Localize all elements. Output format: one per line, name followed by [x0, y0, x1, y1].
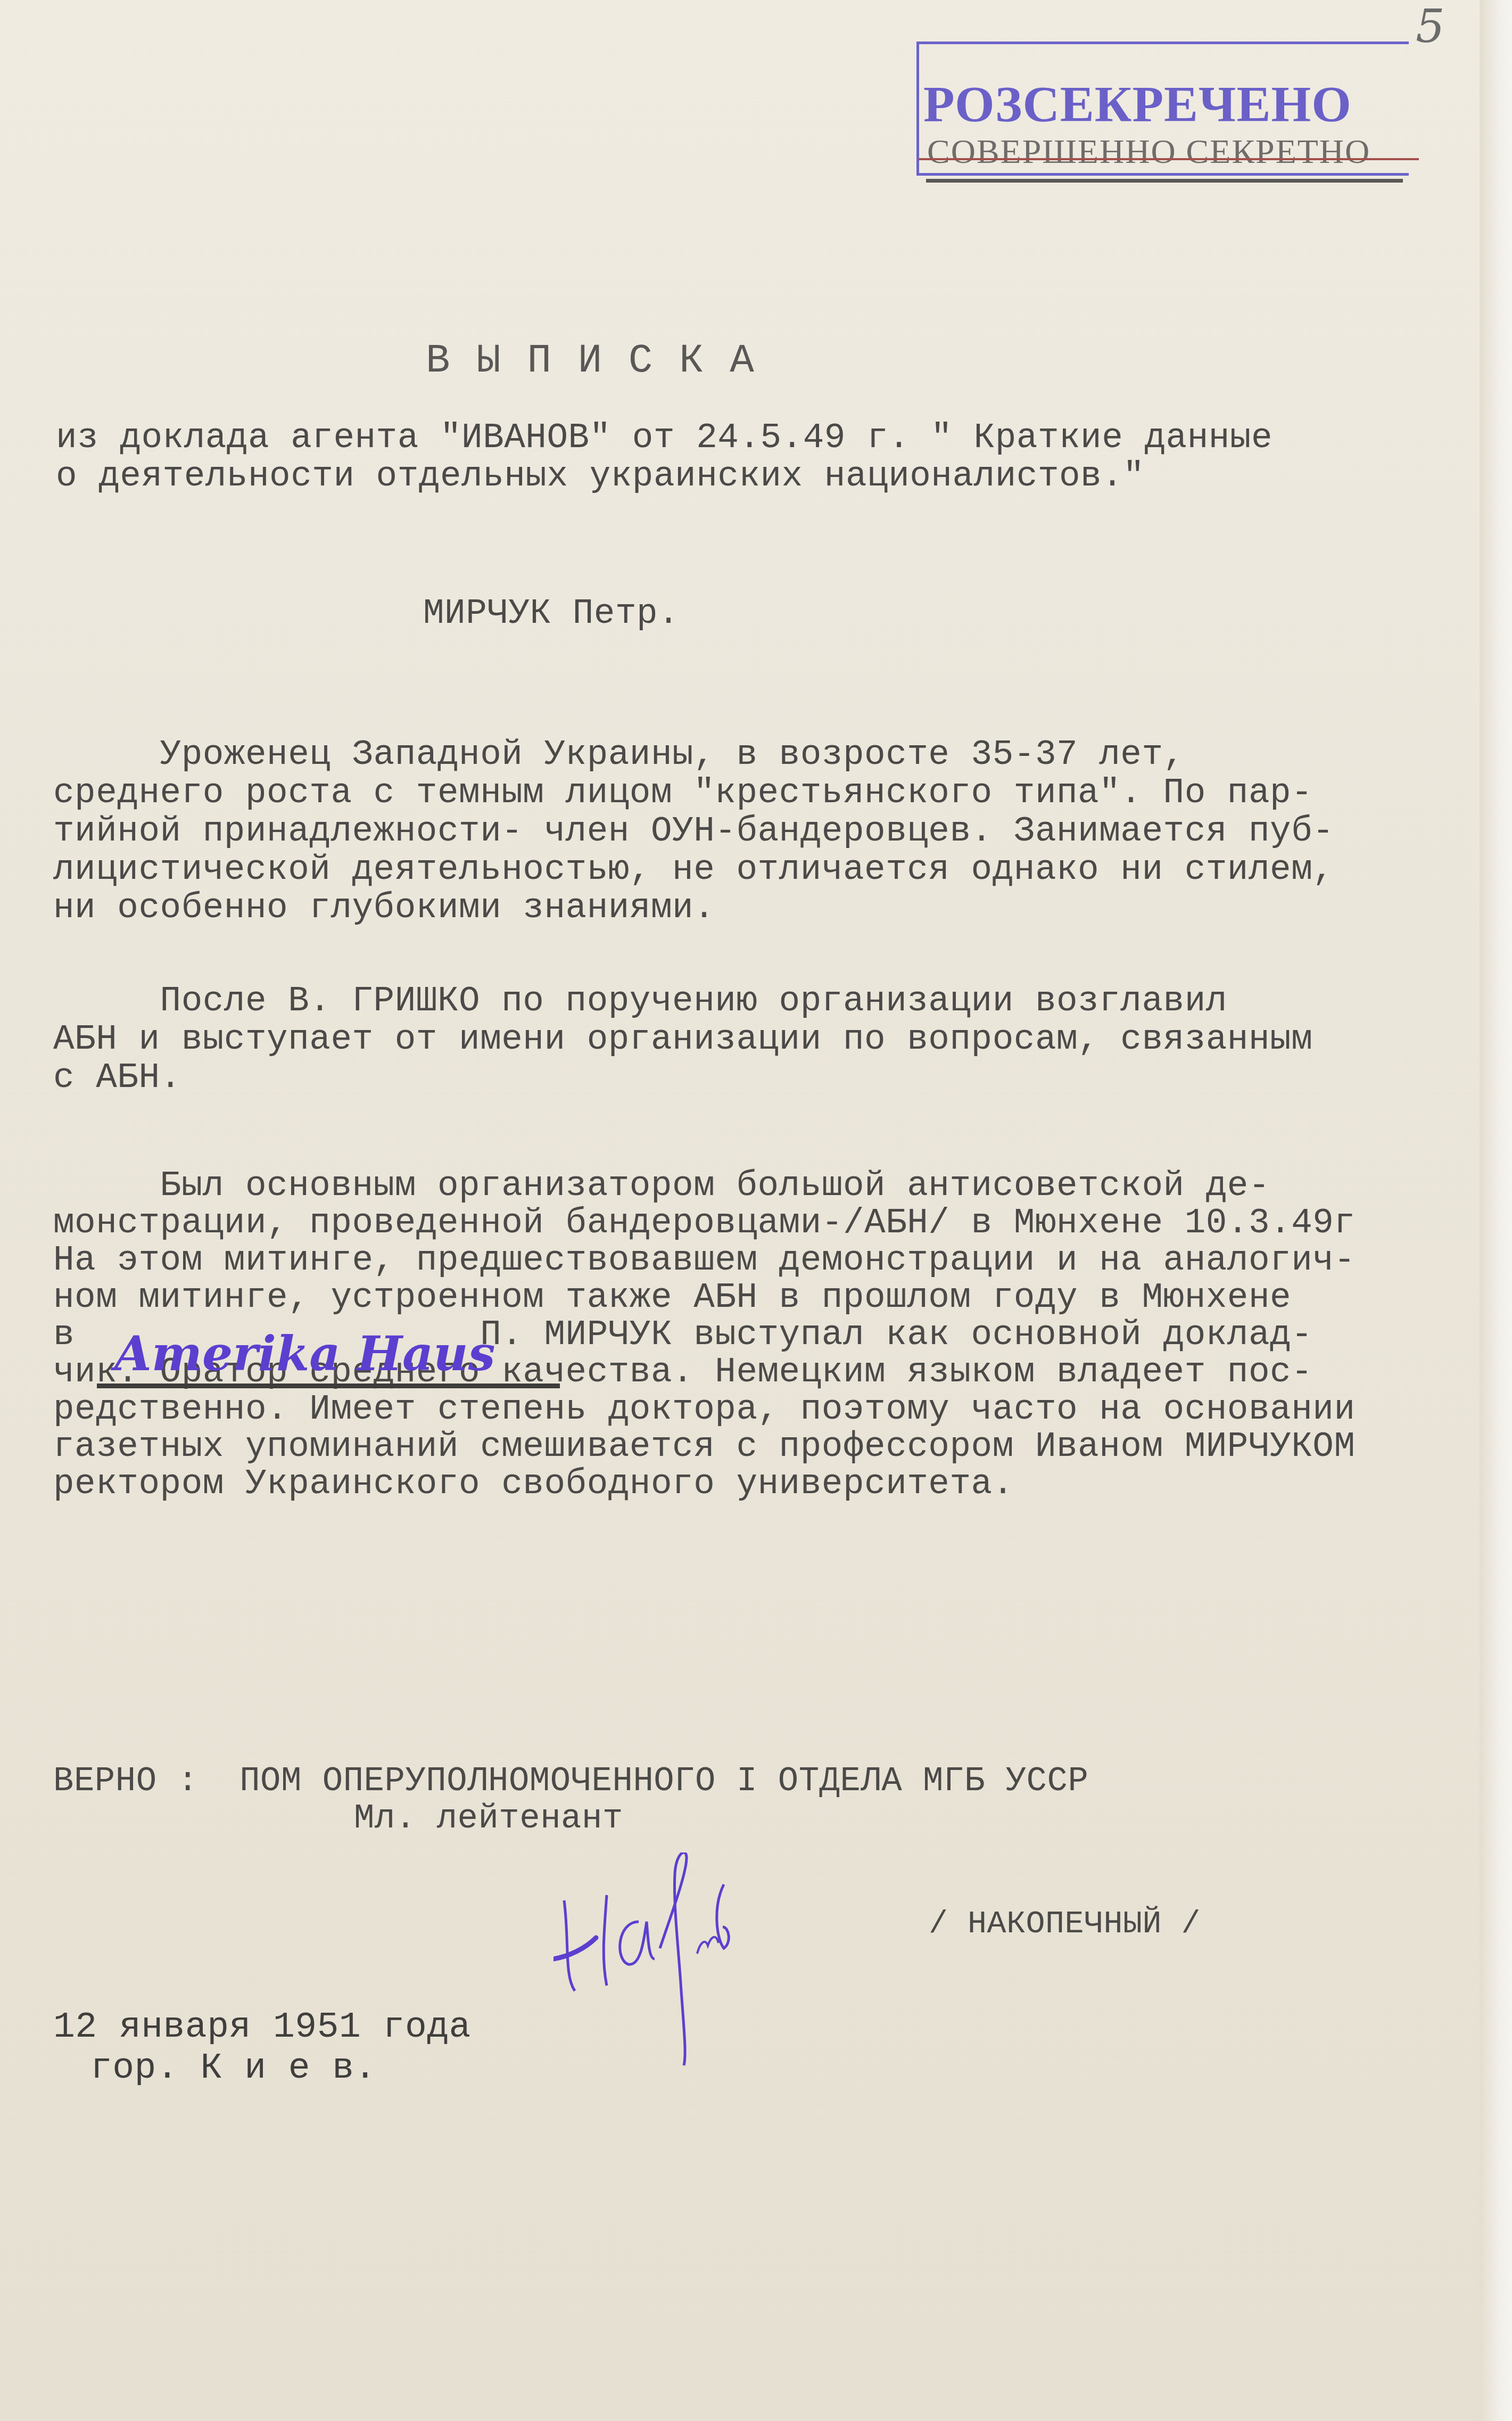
paragraph-abn-role: После В. ГРИШКО по поручению организации… [53, 984, 96, 1124]
paragraph-line: редственно. Имеет степень доктора, поэто… [53, 1392, 1356, 1427]
signatory-name: / НАКОПЕЧНЫЙ / [929, 1908, 1201, 1940]
declassified-stamp-text: РОЗСЕКРЕЧЕНО [923, 75, 1352, 134]
strike-through-black-line [926, 179, 1403, 183]
struck-classification-text: СОВЕРШЕННО СЕКРЕТНО [927, 132, 1370, 171]
paragraph-line: газетных упоминаний смешивается с профес… [53, 1429, 1356, 1464]
paragraph-line: АБН и выступает от имени организации по … [53, 1022, 1312, 1057]
paragraph-line: тийной принадлежности- член ОУН-бандеров… [53, 814, 1334, 849]
paragraph-line: ни особенно глубокими знаниями. [53, 891, 715, 926]
signature: Нак [553, 1852, 883, 2076]
signature-scribble-icon [553, 1852, 883, 2076]
paragraph-line: После В. ГРИШКО по поручению организации… [53, 984, 1227, 1019]
paragraph-line: монстрации, проведенной бандеровцами-/АБ… [53, 1206, 1356, 1241]
paragraph-line: ректором Украинского свободного универси… [53, 1467, 1014, 1502]
paragraph-line: с АБН. [53, 1060, 181, 1096]
rank-line: Мл. лейтенант [354, 1802, 623, 1836]
strike-through-red-line [919, 158, 1419, 160]
document-place: гор. К и е в. [90, 2051, 376, 2087]
subject-name: МИРЧУК Петр. [423, 596, 679, 631]
fill-in-underline [97, 1384, 560, 1388]
paragraph-demonstration: Был основным организатором большой антис… [53, 1168, 96, 1520]
subtitle-line: о деятельности отдельных украинских наци… [56, 459, 1144, 494]
document-date: 12 января 1951 года [53, 2010, 471, 2046]
paragraph-biography: Уроженец Западной Украины, в возросте 35… [53, 737, 96, 948]
page-number: 5 [1416, 0, 1445, 53]
document-subtitle: из доклада агента "ИВАНОВ" от 24.5.49 г.… [56, 421, 98, 526]
subtitle-line: из доклада агента "ИВАНОВ" от 24.5.49 г.… [56, 421, 1273, 456]
paragraph-line: Уроженец Западной Украины, в возросте 35… [53, 737, 1185, 772]
paragraph-line: лицистической деятельностью, не отличает… [53, 852, 1334, 887]
scan-edge [1480, 0, 1512, 2421]
paragraph-line: среднего роста с темным лицом "крестьянс… [53, 776, 1312, 811]
paragraph-line: ном митинге, устроенном также АБН в прош… [53, 1280, 1291, 1315]
document-title: В Ы П И С К А [426, 341, 755, 381]
paragraph-line: На этом митинге, предшествовавшем демонс… [53, 1243, 1356, 1278]
paragraph-line: Был основным организатором большой антис… [53, 1168, 1270, 1204]
certification-line: ВЕРНО : ПОМ ОПЕРУПОЛНОМОЧЕННОГО I ОТДЕЛА… [53, 1765, 1088, 1799]
handwritten-insert: Amerika Haus [114, 1325, 495, 1382]
